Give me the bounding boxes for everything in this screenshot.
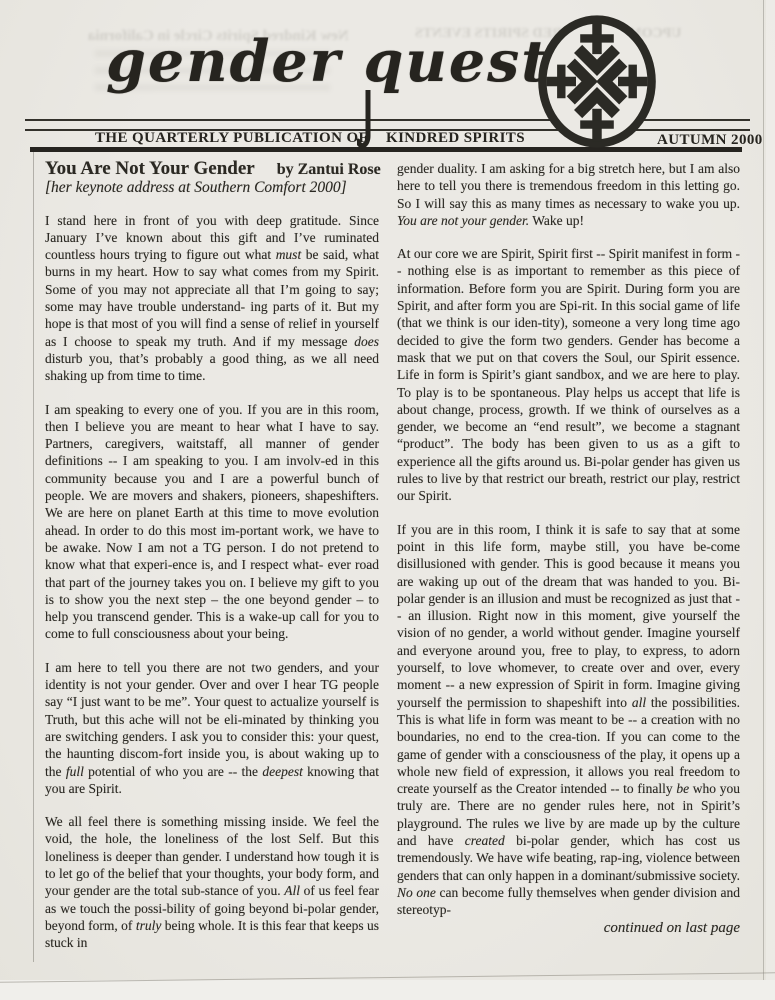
article-subtitle: [her keynote address at Southern Comfort… bbox=[45, 179, 379, 196]
paragraph: I am speaking to every one of you. If yo… bbox=[45, 401, 379, 643]
article-column-left: You Are Not Your Genderby Zantui Rose [h… bbox=[45, 160, 379, 967]
kindred-spirits-logo-icon bbox=[534, 12, 660, 152]
issue-date: AUTUMN 2000 bbox=[657, 132, 763, 149]
paper-crease-line bbox=[33, 152, 34, 962]
paragraph: If you are in this room, I think it is s… bbox=[397, 521, 740, 919]
newsletter-page: New Kindred Spirits Circle in California… bbox=[0, 0, 775, 1000]
paper-right-edge-highlight bbox=[766, 0, 775, 1000]
article-byline: by Zantui Rose bbox=[277, 161, 381, 178]
paragraph: gender duality. I am asking for a big st… bbox=[397, 160, 740, 229]
article-title: You Are Not Your Genderby Zantui Rose bbox=[45, 160, 379, 178]
kindred-spirits-label: KINDRED SPIRITS bbox=[386, 130, 525, 147]
paragraph: At our core we are Spirit, Spirit first … bbox=[397, 245, 740, 504]
quarterly-publication-label: THE QUARTERLY PUBLICATION OF bbox=[95, 130, 368, 147]
paper-bottom-edge-area bbox=[0, 980, 775, 1000]
paragraph: I am here to tell you there are not two … bbox=[45, 659, 379, 797]
paragraph: I stand here in front of you with deep g… bbox=[45, 212, 379, 385]
masthead-title: gender quest bbox=[106, 28, 550, 95]
article-title-text: You Are Not Your Gender bbox=[45, 158, 255, 179]
title-q-descender bbox=[357, 90, 375, 152]
paragraph: We all feel there is something missing i… bbox=[45, 813, 379, 951]
article-column-right: gender duality. I am asking for a big st… bbox=[397, 160, 740, 938]
continued-note: continued on last page bbox=[397, 920, 740, 937]
paper-right-edge bbox=[763, 0, 764, 1000]
